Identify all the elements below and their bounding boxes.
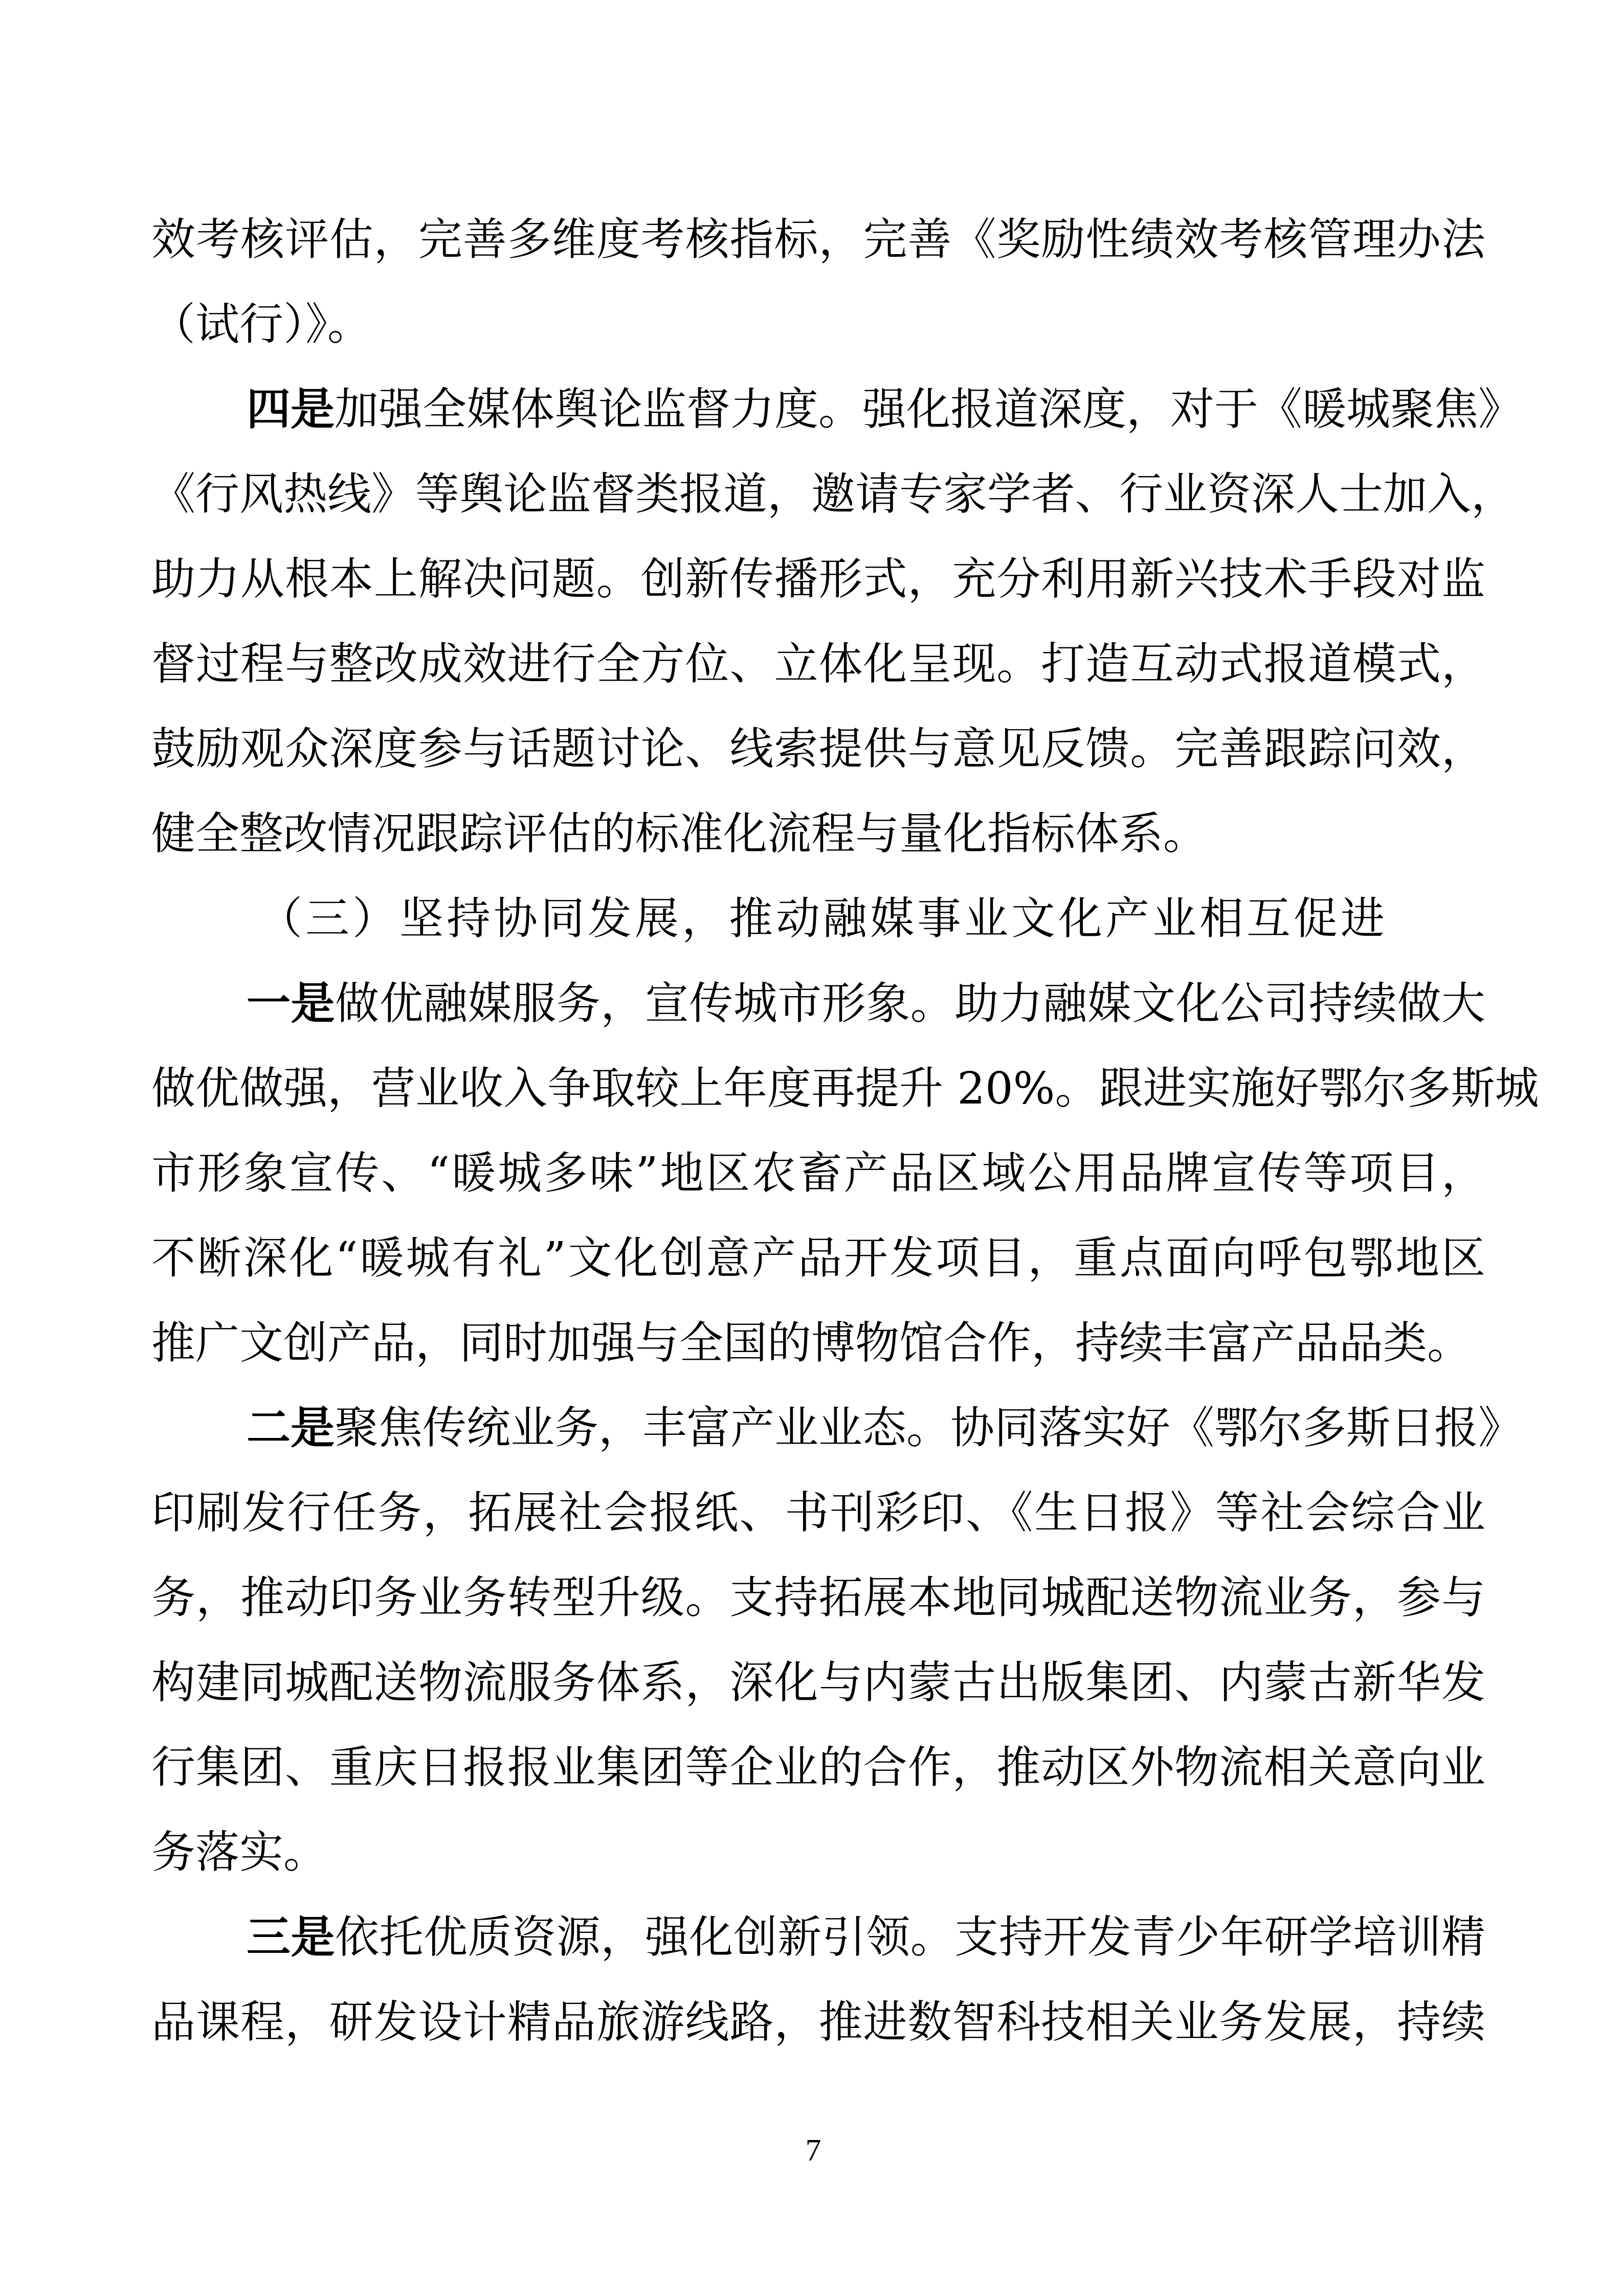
paragraph-line: 效考核评估，完善多维度考核指标，完善《奖励性绩效考核管理办法: [151, 209, 1485, 271]
paragraph-line: 鼓励观众深度参与话题讨论、线索提供与意见反馈。完善跟踪问效，: [151, 718, 1485, 780]
paragraph-lead: 三是: [247, 1911, 335, 1963]
paragraph-text: 做优融媒服务，宣传城市形象。助力融媒文化公司持续做大: [335, 978, 1485, 1029]
paragraph-line: 推广文创产品，同时加强与全国的博物馆合作，持续丰富产品品类。: [151, 1313, 1485, 1374]
document-page: 效考核评估，完善多维度考核指标，完善《奖励性绩效考核管理办法 （试行）》。 四是…: [0, 0, 1624, 2296]
paragraph-line: 《行风热线》等舆论监督类报道，邀请专家学者、行业资深人士加入，: [151, 464, 1485, 525]
page-number: 7: [798, 2127, 829, 2173]
paragraph-line: 行集团、重庆日报报业集团等企业的合作，推动区外物流相关意向业: [151, 1737, 1485, 1798]
paragraph-text: 聚焦传统业务，丰富产业业态。协同落实好《鄂尔多斯日报》: [335, 1403, 1522, 1454]
paragraph-line: 务落实。: [151, 1822, 1485, 1883]
paragraph-line: 一是做优融媒服务，宣传城市形象。助力融媒文化公司持续做大: [247, 973, 1485, 1034]
paragraph-line: 务，推动印务业务转型升级。支持拓展本地同城配送物流业务，参与: [151, 1567, 1485, 1629]
paragraph-line: 市形象宣传、“暖城多味”地区农畜产品区域公用品牌宣传等项目，: [151, 1143, 1485, 1204]
paragraph-line: 构建同城配送物流服务体系，深化与内蒙古出版集团、内蒙古新华发: [151, 1652, 1485, 1714]
paragraph-line: 做优做强，营业收入争取较上年度再提升 20%。跟进实施好鄂尔多斯城: [151, 1058, 1485, 1119]
paragraph-line: 健全整改情况跟踪评估的标准化流程与量化指标体系。: [151, 803, 1485, 865]
paragraph-text: 依托优质资源，强化创新引领。支持开发青少年研学培训精: [335, 1912, 1485, 1963]
paragraph-line: 印刷发行任务，拓展社会报纸、书刊彩印、《生日报》等社会综合业: [151, 1482, 1485, 1544]
paragraph-line: 不断深化“暖城有礼”文化创意产品开发项目，重点面向呼包鄂地区: [151, 1228, 1485, 1289]
paragraph-line: 二是聚焦传统业务，丰富产业业态。协同落实好《鄂尔多斯日报》: [247, 1398, 1485, 1459]
paragraph-lead: 一是: [247, 978, 335, 1029]
paragraph-line: 三是依托优质资源，强化创新引领。支持开发青少年研学培训精: [247, 1907, 1485, 1968]
paragraph-line: （试行）》。: [151, 294, 1485, 355]
paragraph-lead: 二是: [247, 1402, 335, 1454]
paragraph-line: 四是加强全媒体舆论监督力度。强化报道深度，对于《暖城聚焦》: [247, 379, 1485, 440]
paragraph-line: 助力从根本上解决问题。创新传播形式，充分利用新兴技术手段对监: [151, 549, 1485, 610]
paragraph-lead: 四是: [247, 384, 335, 435]
paragraph-line: 督过程与整改成效进行全方位、立体化呈现。打造互动式报道模式，: [151, 634, 1485, 695]
paragraph-text: 加强全媒体舆论监督力度。强化报道深度，对于《暖城聚焦》: [335, 384, 1522, 435]
paragraph-line: 品课程，研发设计精品旅游线路，推进数智科技相关业务发展，持续: [151, 1992, 1485, 2053]
section-heading: （三）坚持协同发展，推动融媒事业文化产业相互促进: [258, 888, 1332, 950]
